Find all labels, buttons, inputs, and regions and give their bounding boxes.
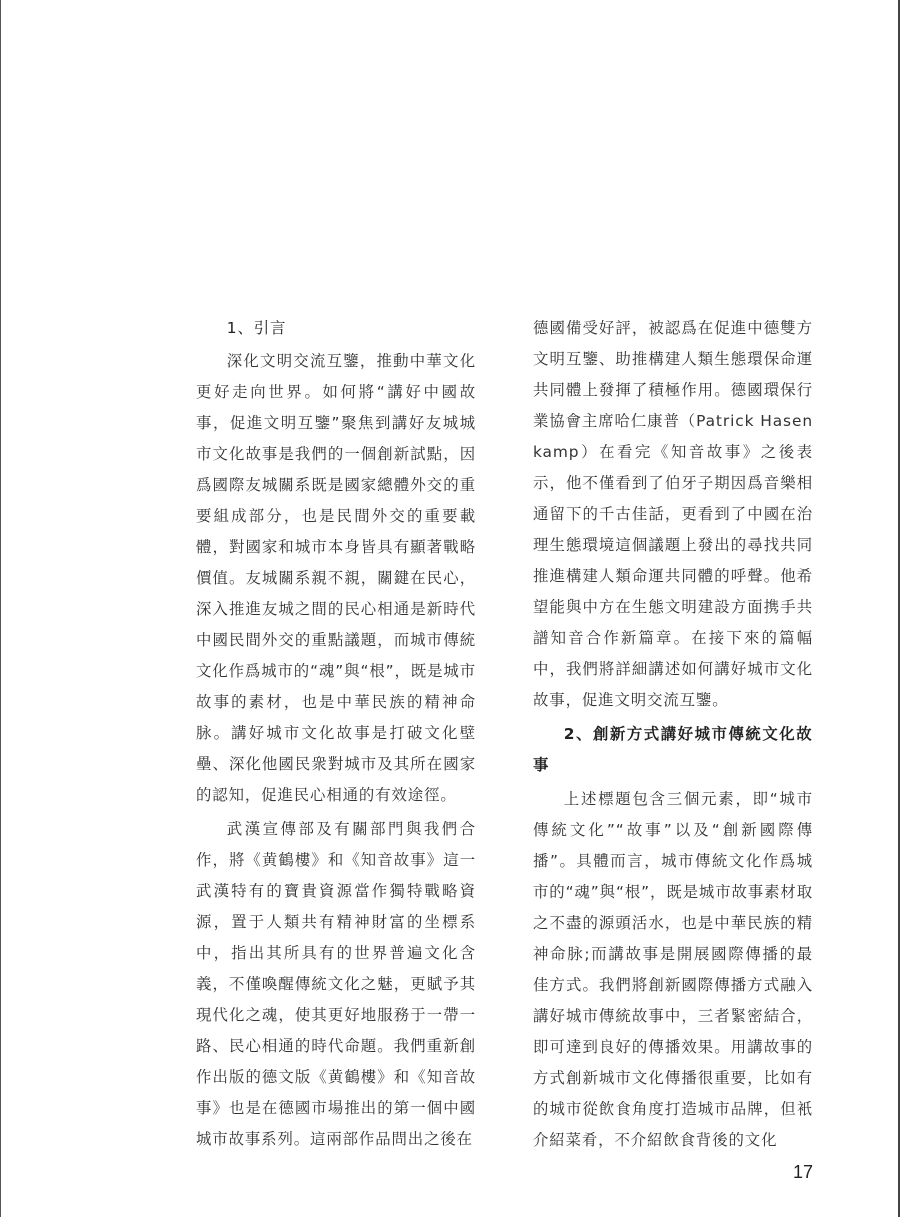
section-heading-introduction: 1、引言 [196,313,476,344]
left-column: 1、引言 深化文明交流互鑒，推動中華文化更好走向世界。如何將“講好中國故事，促進… [196,313,476,1158]
section-heading-innovation: 2、創新方式講好城市傳統文化故事 [533,719,813,781]
paragraph: 上述標題包含三個元素，即“城市傳統文化”“故事”以及“創新國際傳播”。具體而言，… [533,784,813,1156]
paragraph: 武漢宣傳部及有關部門與我們合作，將《黄鶴樓》和《知音故事》這一武漢特有的寶貴資源… [196,814,476,1155]
right-column: 德國備受好評，被認爲在促進中德雙方文明互鑒、助推構建人類生態環保命運共同體上發揮… [533,313,813,1159]
page-edge-left [0,0,1,1217]
paragraph: 深化文明交流互鑒，推動中華文化更好走向世界。如何將“講好中國故事，促進文明互鑒”… [196,346,476,811]
paragraph-continuation: 德國備受好評，被認爲在促進中德雙方文明互鑒、助推構建人類生態環保命運共同體上發揮… [533,313,813,716]
page-number: 17 [793,1162,813,1183]
